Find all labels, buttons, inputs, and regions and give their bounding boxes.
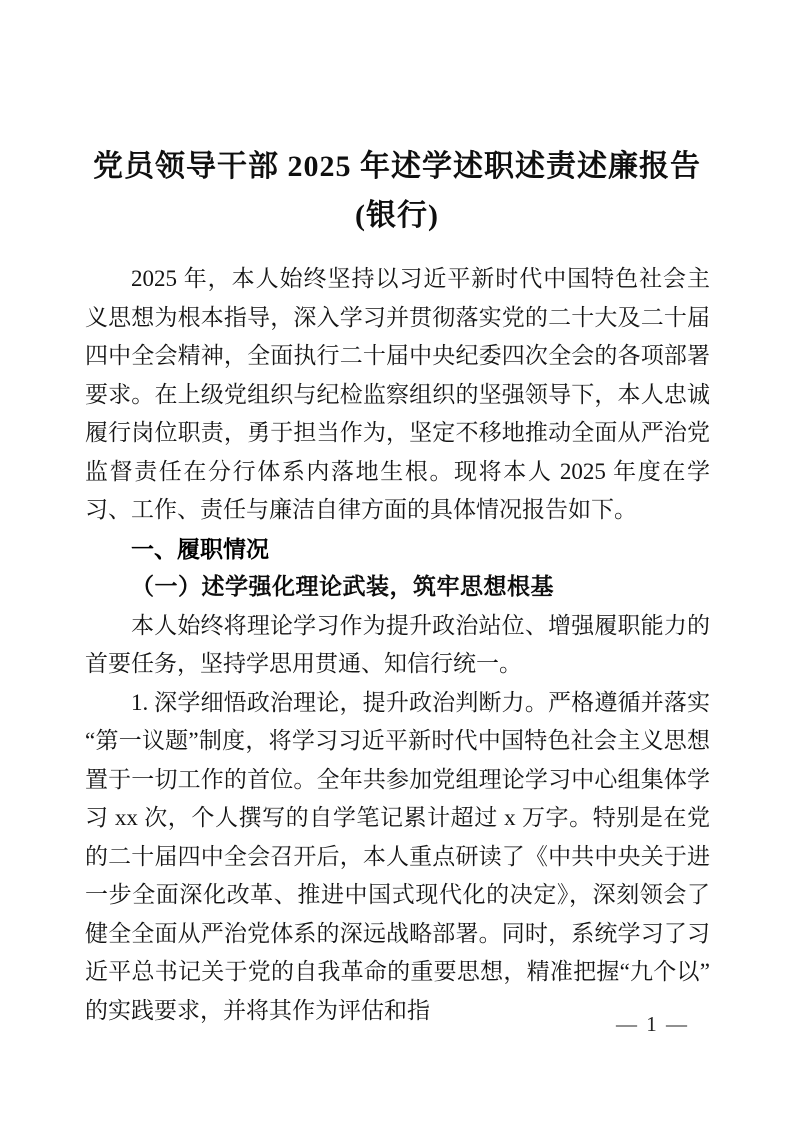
document-body: 2025 年，本人始终坚持以习近平新时代中国特色社会主义思想为根本指导，深入学习… xyxy=(85,260,710,1030)
footer-page-number: — 1 — xyxy=(616,1010,689,1038)
subsection-heading-study: （一）述学强化理论武装，筑牢思想根基 xyxy=(85,568,710,607)
section-heading-performance: 一、履职情况 xyxy=(85,530,710,569)
document-title: 党员领导干部 2025 年述学述职述责述廉报告 (银行) xyxy=(84,142,710,240)
document-title-line2: (银行) xyxy=(84,191,710,240)
subsection-point1-paragraph: 1. 深学细悟政治理论，提升政治判断力。严格遵循并落实“第一议题”制度，将学习习… xyxy=(85,684,710,1031)
intro-paragraph: 2025 年，本人始终坚持以习近平新时代中国特色社会主义思想为根本指导，深入学习… xyxy=(85,260,710,530)
document-page: 党员领导干部 2025 年述学述职述责述廉报告 (银行) 2025 年，本人始终… xyxy=(0,0,793,1122)
document-title-line1: 党员领导干部 2025 年述学述职述责述廉报告 xyxy=(84,142,710,191)
subsection-intro-paragraph: 本人始终将理论学习作为提升政治站位、增强履职能力的首要任务，坚持学思用贯通、知信… xyxy=(85,607,710,684)
